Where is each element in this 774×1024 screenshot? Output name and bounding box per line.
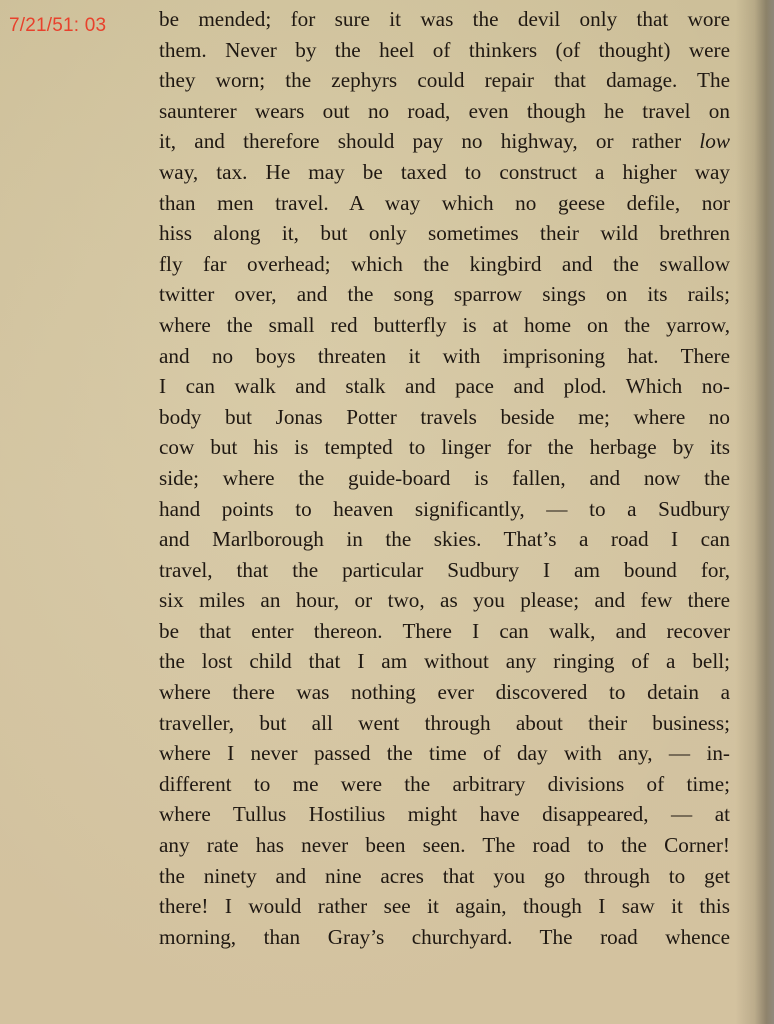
text-line: the ninety and nine acres that you go th…: [159, 861, 730, 892]
text-line: the lost child that I am without any rin…: [159, 646, 730, 677]
text-line: side; where the guide-board is fallen, a…: [159, 463, 730, 494]
text-line: be mended; for sure it was the devil onl…: [159, 4, 730, 35]
page-text: be mended; for sure it was the devil onl…: [159, 4, 730, 952]
text-line: there! I would rather see it again, thou…: [159, 891, 730, 922]
text-line: different to me were the arbitrary divis…: [159, 769, 730, 800]
text-line: and no boys threaten it with imprisoning…: [159, 341, 730, 372]
text-line: where the small red butterfly is at home…: [159, 310, 730, 341]
text-line: and Marlborough in the skies. That’s a r…: [159, 524, 730, 555]
text-line: six miles an hour, or two, as you please…: [159, 585, 730, 616]
text-line: hand points to heaven significantly, — t…: [159, 494, 730, 525]
text-line: cow but his is tempted to linger for the…: [159, 432, 730, 463]
text-line: saunterer wears out no road, even though…: [159, 96, 730, 127]
text-line: be that enter thereon. There I can walk,…: [159, 616, 730, 647]
text-line: than men travel. A way which no geese de…: [159, 188, 730, 219]
text-line: it, and therefore should pay no highway,…: [159, 126, 730, 157]
text-line: travel, that the particular Sudbury I am…: [159, 555, 730, 586]
text-line: twitter over, and the song sparrow sings…: [159, 279, 730, 310]
text-line: fly far overhead; which the kingbird and…: [159, 249, 730, 280]
italic-word: low: [699, 129, 730, 153]
text-line: way, tax. He may be taxed to construct a…: [159, 157, 730, 188]
text-line: where I never passed the time of day wit…: [159, 738, 730, 769]
text-line: morning, than Gray’s churchyard. The roa…: [159, 922, 730, 953]
text-line: I can walk and stalk and pace and plod. …: [159, 371, 730, 402]
text-line: where Tullus Hostilius might have disapp…: [159, 799, 730, 830]
text-line: they worn; the zephyrs could repair that…: [159, 65, 730, 96]
text-line: them. Never by the heel of thinkers (of …: [159, 35, 730, 66]
text-line: traveller, but all went through about th…: [159, 708, 730, 739]
text-line-content: it, and therefore should pay no highway,…: [159, 129, 681, 153]
text-line: hiss along it, but only sometimes their …: [159, 218, 730, 249]
book-page: 7/21/51: 03 be mended; for sure it was t…: [0, 0, 774, 1024]
text-line: body but Jonas Potter travels beside me;…: [159, 402, 730, 433]
text-line: any rate has never been seen. The road t…: [159, 830, 730, 861]
timestamp-label: 7/21/51: 03: [9, 15, 106, 37]
text-line: where there was nothing ever discovered …: [159, 677, 730, 708]
